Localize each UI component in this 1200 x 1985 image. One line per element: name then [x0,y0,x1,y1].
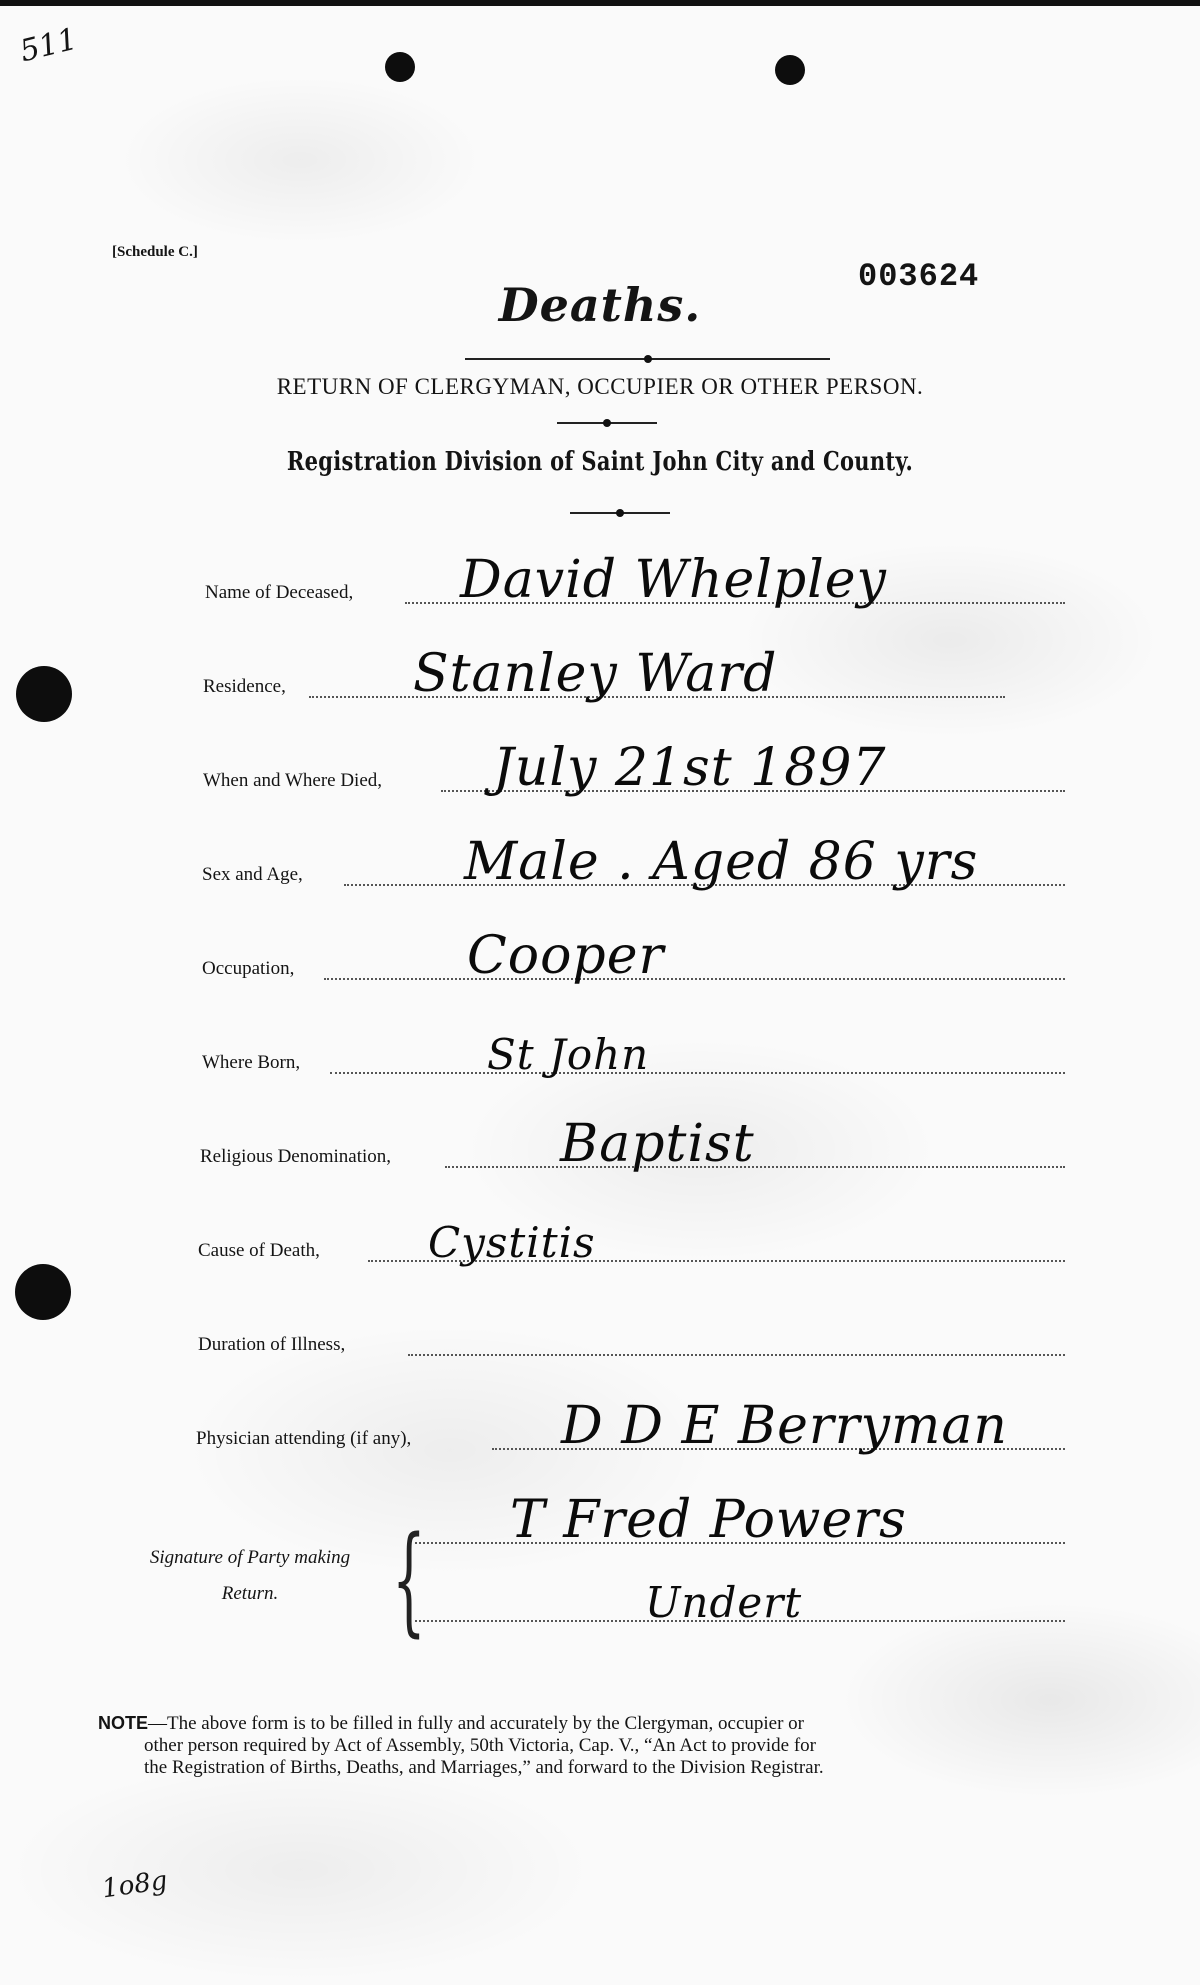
death-return-form: 511 [Schedule C.] 003624 Deaths. RETURN … [0,0,1200,1985]
field-label: Duration of Illness, [198,1334,345,1356]
signature-label: Signature of Party making Return. [100,1540,400,1612]
field-cause-of-death: Cause of Death, Cystitis [198,1226,1065,1266]
field-value-religion: Baptist [560,1118,755,1170]
field-value-residence: Stanley Ward [413,648,777,700]
punch-hole-side-upper [16,666,72,722]
form-note: NOTE—The above form is to be filled in f… [98,1712,1064,1779]
note-text-line2: other person required by Act of Assembly… [98,1735,1064,1757]
signature-value-name: T Fred Powers [510,1494,907,1546]
bottom-annotation: 1o8g [100,1866,169,1905]
signature-line-2: Undert [415,1586,1065,1626]
field-label: Where Born, [202,1052,300,1074]
corner-annotation: 511 [17,22,81,70]
punch-hole-side-lower [15,1264,71,1320]
field-where-born: Where Born, St John [202,1038,1065,1078]
field-value-cause: Cystitis [428,1222,596,1264]
registration-division: Registration Division of Saint John City… [0,445,1200,476]
field-label: Cause of Death, [198,1240,320,1262]
field-occupation: Occupation, Cooper [202,944,1065,984]
form-subtitle: RETURN OF CLERGYMAN, OCCUPIER OR OTHER P… [0,374,1200,400]
signature-value-title: Undert [645,1582,802,1624]
field-residence: Residence, Stanley Ward [203,662,1065,702]
form-title: Deaths. [0,278,1200,332]
field-dotted-line [445,1166,1065,1168]
field-value-death-date: July 21st 1897 [493,742,887,794]
field-dotted-line [408,1354,1065,1356]
scan-top-edge [0,0,1200,6]
signature-line-1: T Fred Powers [415,1508,1065,1548]
field-value-physician: D D E Berryman [561,1400,1008,1452]
note-lead: NOTE [98,1713,148,1733]
note-text-line3: the Registration of Births, Deaths, and … [98,1757,1064,1779]
field-value-birthplace: St John [487,1034,649,1076]
punch-hole-top-left [385,52,415,82]
ornamental-rule-middle [557,422,657,424]
ornamental-rule-bottom [570,512,670,514]
field-label: When and Where Died, [203,770,382,792]
field-when-and-where-died: When and Where Died, July 21st 1897 [203,756,1065,796]
field-sex-and-age: Sex and Age, Male . Aged 86 yrs [202,850,1065,890]
field-label: Residence, [203,676,286,698]
field-label: Occupation, [202,958,294,980]
field-value-occupation: Cooper [467,930,664,982]
field-dotted-line [324,978,1065,980]
field-value-name: David Whelpley [460,554,887,606]
ornamental-rule-top [465,358,830,360]
note-text-line1: —The above form is to be filled in fully… [148,1713,804,1734]
field-dotted-line [330,1072,1065,1074]
field-label: Religious Denomination, [200,1146,391,1168]
punch-hole-top-right [775,55,805,85]
field-value-sex-age: Male . Aged 86 yrs [464,836,978,888]
field-label: Sex and Age, [202,864,303,886]
field-label: Name of Deceased, [205,582,353,604]
field-religious-denomination: Religious Denomination, Baptist [200,1132,1065,1172]
field-name-of-deceased: Name of Deceased, David Whelpley [205,568,1065,608]
field-physician-attending: Physician attending (if any), D D E Berr… [196,1414,1065,1454]
field-duration-of-illness: Duration of Illness, [198,1320,1065,1360]
schedule-label: [Schedule C.] [112,244,198,261]
field-label: Physician attending (if any), [196,1428,411,1450]
signature-label-line2: Return. [100,1576,400,1612]
signature-label-line1: Signature of Party making [100,1540,400,1576]
